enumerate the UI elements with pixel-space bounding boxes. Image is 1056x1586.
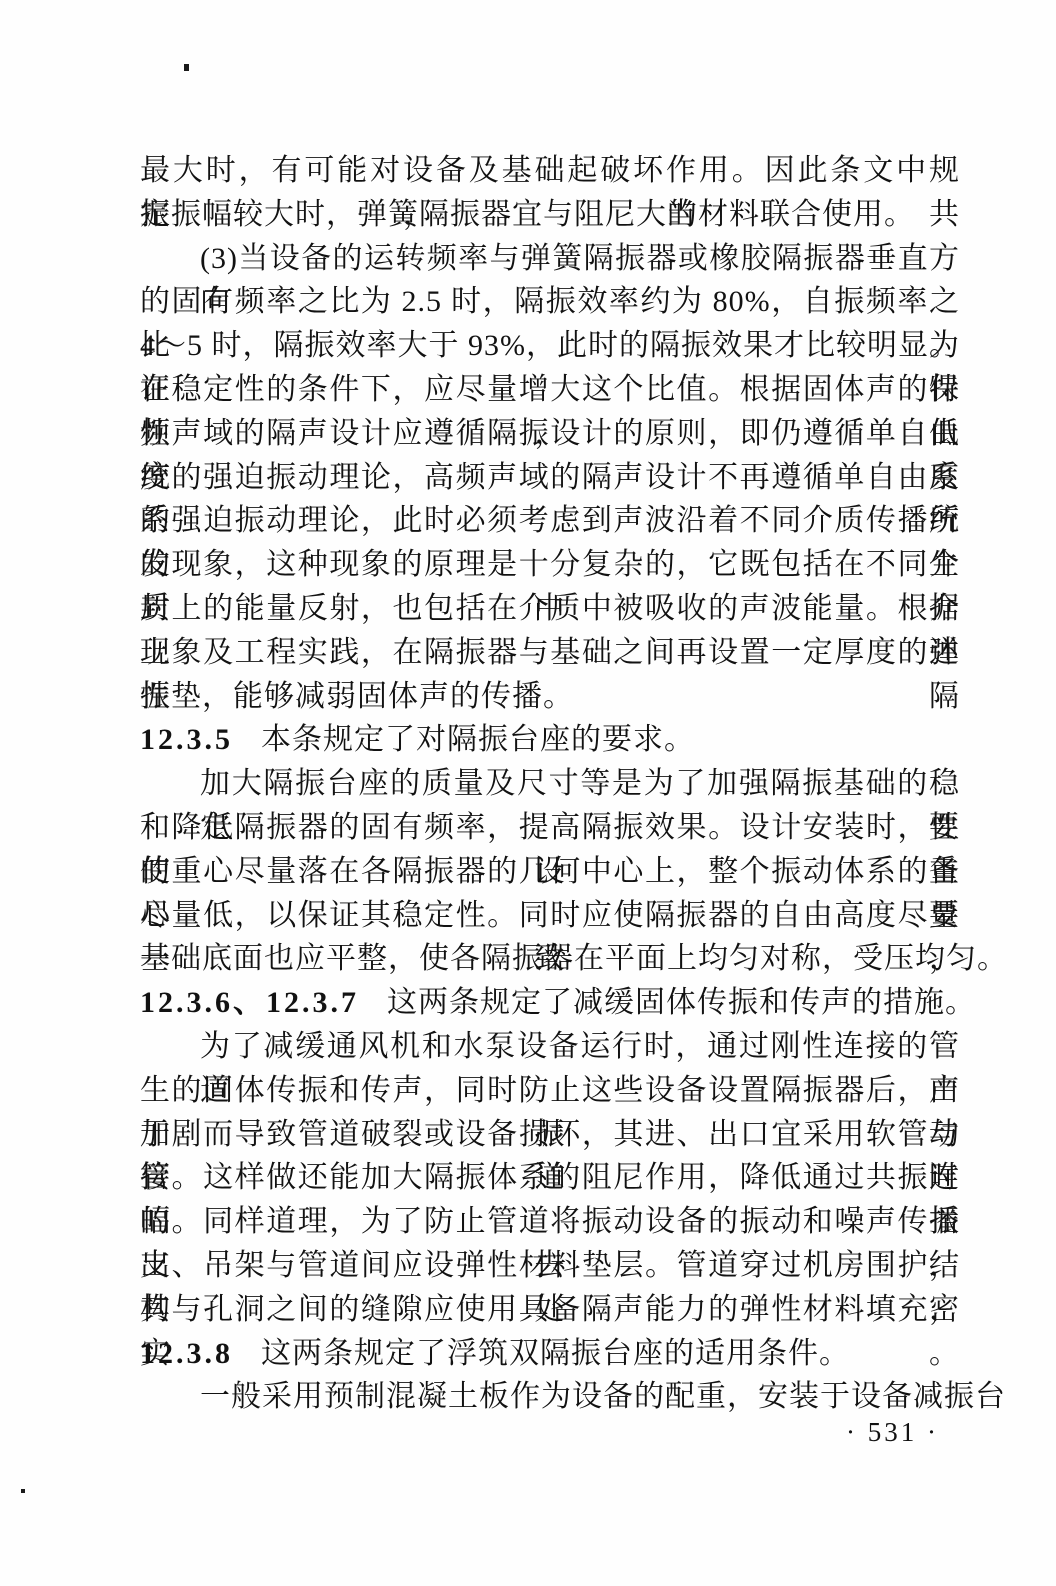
text-line: 和降低隔振器的固有频率，提高隔振效果。设计安装时，要使设备 <box>140 806 960 850</box>
text-line: 基础底面也应平整，使各隔振器在平面上均匀对称，受压均匀。 <box>140 937 960 981</box>
heading-text: 这两条规定了减缓固体传振和传声的措施。 <box>387 986 976 1019</box>
heading-text: 这两条规定了浮筑双隔振台座的适用条件。 <box>261 1337 850 1370</box>
page-number: · 531 · <box>846 1417 939 1448</box>
text-line: 加大隔振台座的质量及尺寸等是为了加强隔振基础的稳定性 <box>140 762 960 806</box>
text-block: 最大时，有可能对设备及基础起破坏作用。因此条文中规定，当共振振幅较大时，弹簧隔振… <box>140 149 960 1419</box>
text-line: 频声域的隔声设计应遵循隔振设计的原则，即仍遵循单自由度系 <box>140 412 960 456</box>
text-line: 的重心尽量落在各隔振器的几何中心上，整个振动体系的重心要 <box>140 850 960 894</box>
text-line: 其与孔洞之间的缝隙应使用具备隔声能力的弹性材料填充密实。 <box>140 1288 960 1332</box>
text-line: 支、吊架与管道间应设弹性材料垫层。管道穿过机房围护结构处， <box>140 1244 960 1288</box>
scan-artifact-dot <box>184 64 189 71</box>
text-line: 的固有频率之比为 2.5 时，隔振效率约为 80%，自振频率之比为 <box>140 280 960 324</box>
text-line: 接。这样做还能加大隔振体系的阻尼作用，降低通过共振时的振 <box>140 1156 960 1200</box>
text-line: (3)当设备的运转频率与弹簧隔振器或橡胶隔振器垂直方向 <box>140 237 960 281</box>
text-line: 幅。同样道理，为了防止管道将振动设备的振动和噪声传播出去， <box>140 1200 960 1244</box>
clause-number: 12.3.6、12.3.7 <box>140 986 359 1019</box>
text-line: 生的固体传振和传声，同时防止这些设备设置隔振器后，由于振动 <box>140 1069 960 1113</box>
section-heading-line: 12.3.8这两条规定了浮筑双隔振台座的适用条件。 <box>140 1332 960 1376</box>
text-line: 加剧而导致管道破裂或设备损坏，其进、出口宜采用软管与管道连 <box>140 1113 960 1157</box>
text-line: 为了减缓通风机和水泵设备运行时，通过刚性连接的管道产 <box>140 1025 960 1069</box>
clause-number: 12.3.8 <box>140 1337 233 1370</box>
heading-text: 本条规定了对隔振台座的要求。 <box>261 723 695 756</box>
section-heading-line: 12.3.5本条规定了对隔振台座的要求。 <box>140 718 960 762</box>
scanned-document-page: 最大时，有可能对设备及基础起破坏作用。因此条文中规定，当共振振幅较大时，弹簧隔振… <box>0 0 1056 1586</box>
section-heading-line: 12.3.6、12.3.7这两条规定了减缓固体传振和传声的措施。 <box>140 981 960 1025</box>
text-line: 现象及工程实践，在隔振器与基础之间再设置一定厚度的弹性隔 <box>140 631 960 675</box>
text-line: 尽量低，以保证其稳定性。同时应使隔振器的自由高度尽量一致， <box>140 894 960 938</box>
scan-artifact-dot <box>21 1489 25 1493</box>
text-line: 最大时，有可能对设备及基础起破坏作用。因此条文中规定，当共 <box>140 149 960 193</box>
text-line: 4～5 时，隔振效率大于 93%，此时的隔振效果才比较明显。在保 <box>140 324 960 368</box>
clause-number: 12.3.5 <box>140 723 233 756</box>
text-line: 的强迫振动理论，此时必须考虑到声波沿着不同介质传播所发生 <box>140 499 960 543</box>
text-line: 的现象，这种现象的原理是十分复杂的，它既包括在不同介质中介 <box>140 543 960 587</box>
text-line: 证稳定性的条件下，应尽量增大这个比值。根据固体声的特性，低 <box>140 368 960 412</box>
text-line: 振振幅较大时，弹簧隔振器宜与阻尼大的材料联合使用。 <box>140 193 960 237</box>
text-line: 封上的能量反射，也包括在介质中被吸收的声波能量。根据上述 <box>140 587 960 631</box>
text-line: 统的强迫振动理论，高频声域的隔声设计不再遵循单自由度系统 <box>140 456 960 500</box>
text-line: 一般采用预制混凝土板作为设备的配重，安装于设备减振台 <box>140 1375 960 1419</box>
